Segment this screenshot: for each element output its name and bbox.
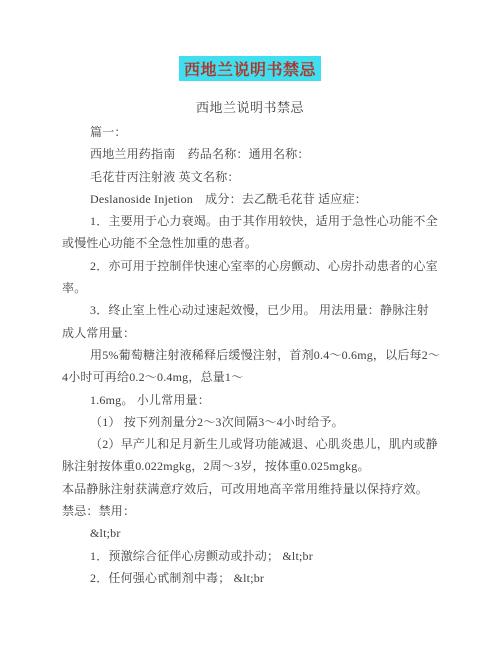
text-line: 1．预激综合征伴心房颤动或扑动； &lt;br — [62, 545, 440, 567]
text-line: 篇一： — [62, 121, 440, 143]
text-line: 用5%葡萄糖注射液稀释后缓慢注射，首剂0.4～0.6mg，以后每2～ — [62, 344, 440, 366]
text-line: 2．任何强心甙制剂中毒； &lt;br — [62, 567, 440, 589]
title-area: 西地兰说明书禁忌 — [0, 0, 500, 81]
text-line: （2）早产儿和足月新生儿或肾功能减退、心肌炎患儿，肌内或静 — [62, 433, 440, 455]
text-line: Deslanoside Injetion 成分：去乙酰毛花苷 适应症： — [62, 188, 440, 210]
text-line: （1） 按下列剂量分2～3次间隔3～4小时给予。 — [62, 411, 440, 433]
text-line: &lt;br — [62, 522, 440, 544]
text-line: 3．终止室上性心动过速起效慢，已少用。 用法用量：静脉注射 — [62, 299, 440, 321]
text-line: 率。 — [62, 277, 440, 299]
document-body: 篇一：西地兰用药指南 药品名称：通用名称：毛花苷丙注射液 英文名称：Deslan… — [62, 121, 440, 589]
page-title: 西地兰说明书禁忌 — [179, 56, 321, 81]
text-line: 禁忌：禁用： — [62, 500, 440, 522]
text-line: 4小时可再给0.2～0.4mg，总量1～ — [62, 366, 440, 388]
document-subtitle: 西地兰说明书禁忌 — [0, 97, 500, 116]
text-line: 1.6mg。 小儿常用量： — [62, 389, 440, 411]
text-line: 脉注射按体重0.022mgkg，2周～3岁，按体重0.025mgkg。 — [62, 455, 440, 477]
text-line: 西地兰用药指南 药品名称：通用名称： — [62, 143, 440, 165]
text-line: 成人常用量： — [62, 322, 440, 344]
document-page: 西地兰说明书禁忌 西地兰说明书禁忌 篇一：西地兰用药指南 药品名称：通用名称：毛… — [0, 0, 500, 647]
text-line: 本品静脉注射获满意疗效后，可改用地高辛常用维持量以保持疗效。 — [62, 478, 440, 500]
text-line: 毛花苷丙注射液 英文名称： — [62, 166, 440, 188]
text-line: 1．主要用于心力衰竭。由于其作用较快，适用于急性心功能不全 — [62, 210, 440, 232]
text-line: 2．亦可用于控制伴快速心室率的心房颤动、心房扑动患者的心室 — [62, 255, 440, 277]
text-line: 或慢性心功能不全急性加重的患者。 — [62, 232, 440, 254]
